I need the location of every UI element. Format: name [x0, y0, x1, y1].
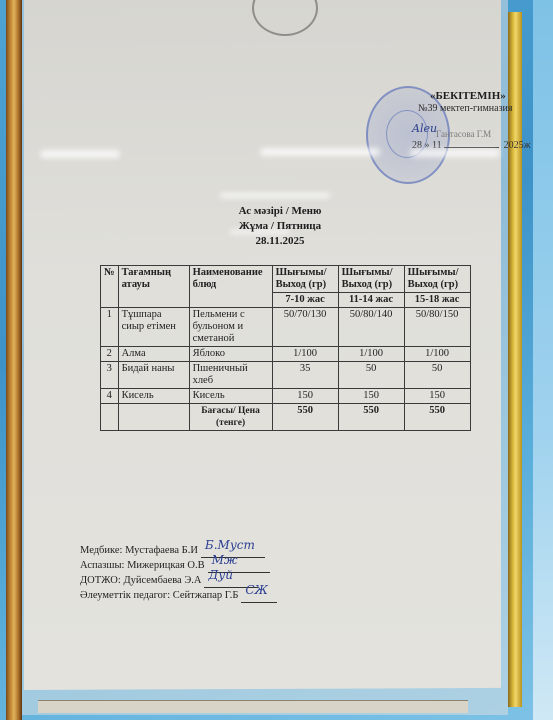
price-label-text: Бағасы/ Цена: [193, 405, 269, 417]
row-value: 50: [404, 362, 470, 389]
signature-row-social-pedagogue: Әлеуметтік педагог: Сейтжапар Г.Б СЖ: [80, 588, 277, 603]
table-row: 4 Кисель Кисель 150 150 150: [101, 389, 471, 404]
row-value: 150: [272, 389, 338, 404]
row-value: 35: [272, 362, 338, 389]
signature-line: СЖ: [241, 592, 277, 603]
signature-role: ДОТЖО:: [80, 573, 121, 588]
row-name-kz: Бидай наны: [118, 362, 189, 389]
row-value: 50/80/150: [404, 308, 470, 347]
row-no: 3: [101, 362, 119, 389]
price-value: 550: [404, 404, 470, 431]
header-yield-2: Шығымы/ Выход (гр): [338, 266, 404, 293]
price-value: 550: [272, 404, 338, 431]
row-name-kz: Кисель: [118, 389, 189, 404]
approval-title-text: «БЕКІТЕМІН»: [430, 90, 506, 102]
row-value: 150: [404, 389, 470, 404]
signature-row-cook: Аспазшы: Мижерицкая О.В Мж: [80, 558, 277, 573]
row-value: 50/80/140: [338, 308, 404, 347]
handwritten-signature: Б.Муст: [205, 538, 255, 553]
signature-row-nurse: Медбике: Мустафаева Б.И Б.Муст: [80, 543, 277, 558]
row-name-ru: Кисель: [189, 389, 272, 404]
table-header-row: № Тағамның атауы Наименование блюд Шығым…: [101, 266, 471, 293]
header-age-1: 7-10 жас: [272, 293, 338, 308]
menu-day: Жұма / Пятница: [200, 219, 360, 234]
menu-heading: Ас мәзірі / Меню Жұма / Пятница 28.11.20…: [200, 204, 360, 249]
price-empty-kz: [118, 404, 189, 431]
header-name-ru: Наименование блюд: [189, 266, 272, 308]
signature-name: Мустафаева Б.И: [125, 543, 198, 558]
frame-left-edge: [6, 0, 22, 720]
row-value: 150: [338, 389, 404, 404]
table-row: 2 Алма Яблоко 1/100 1/100 1/100: [101, 347, 471, 362]
frame-bottom-strip: [38, 700, 468, 713]
price-row: Бағасы/ Цена (тенге) 550 550 550: [101, 404, 471, 431]
header-age-2: 11-14 жас: [338, 293, 404, 308]
menu-date: 28.11.2025: [200, 234, 360, 249]
row-value: 50: [338, 362, 404, 389]
row-name-ru: Пшеничный хлеб: [189, 362, 272, 389]
row-name-kz: Тұшпара сиыр етімен: [118, 308, 189, 347]
row-value: 50/70/130: [272, 308, 338, 347]
glare: [40, 150, 120, 158]
table-row: 3 Бидай наны Пшеничный хлеб 35 50 50: [101, 362, 471, 389]
menu-title: Ас мәзірі / Меню: [200, 204, 360, 219]
director-signature: Aleu: [412, 122, 437, 135]
price-unit: (тенге): [193, 417, 269, 429]
row-value: 1/100: [404, 347, 470, 362]
header-age-3: 15-18 жас: [404, 293, 470, 308]
wall-background: [533, 0, 553, 720]
row-name-ru: Яблоко: [189, 347, 272, 362]
glare: [410, 149, 500, 157]
approval-title: «БЕКІТЕМІН»: [430, 90, 506, 103]
signature-role: Медбике:: [80, 543, 122, 558]
signature-role: Әлеуметтік педагог:: [80, 588, 170, 603]
table-row: 1 Тұшпара сиыр етімен Пельмени с бульоно…: [101, 308, 471, 347]
row-value: 1/100: [338, 347, 404, 362]
row-no: 4: [101, 389, 119, 404]
price-empty-no: [101, 404, 119, 431]
header-yield-3: Шығымы/ Выход (гр): [404, 266, 470, 293]
handwritten-signature: Мж: [212, 553, 238, 568]
glare: [260, 148, 380, 156]
glare: [220, 193, 330, 198]
header-no: №: [101, 266, 119, 308]
signature-name: Сейтжапар Г.Б: [173, 588, 239, 603]
row-name-ru: Пельмени с бульоном и сметаной: [189, 308, 272, 347]
frame-right-edge: [508, 12, 522, 707]
row-value: 1/100: [272, 347, 338, 362]
row-name-kz: Алма: [118, 347, 189, 362]
header-yield-1: Шығымы/ Выход (гр): [272, 266, 338, 293]
handwritten-signature: СЖ: [245, 583, 268, 598]
approval-director: Гантасова Г.М: [436, 129, 491, 139]
signature-role: Аспазшы:: [80, 558, 124, 573]
signature-name: Мижерицкая О.В: [127, 558, 205, 573]
menu-table: № Тағамның атауы Наименование блюд Шығым…: [100, 265, 471, 431]
approval-school: №39 мектеп-гимназия: [418, 103, 513, 114]
date-underline: [444, 147, 499, 148]
price-value: 550: [338, 404, 404, 431]
row-no: 2: [101, 347, 119, 362]
signatures-block: Медбике: Мустафаева Б.И Б.Муст Аспазшы: …: [80, 543, 277, 603]
approval-date-year: 2025ж: [504, 140, 531, 151]
handwritten-signature: Дуй: [208, 568, 232, 583]
header-name-kz: Тағамның атауы: [118, 266, 189, 308]
signature-name: Дуйсембаева Э.А: [123, 573, 201, 588]
row-no: 1: [101, 308, 119, 347]
price-label: Бағасы/ Цена (тенге): [189, 404, 272, 431]
